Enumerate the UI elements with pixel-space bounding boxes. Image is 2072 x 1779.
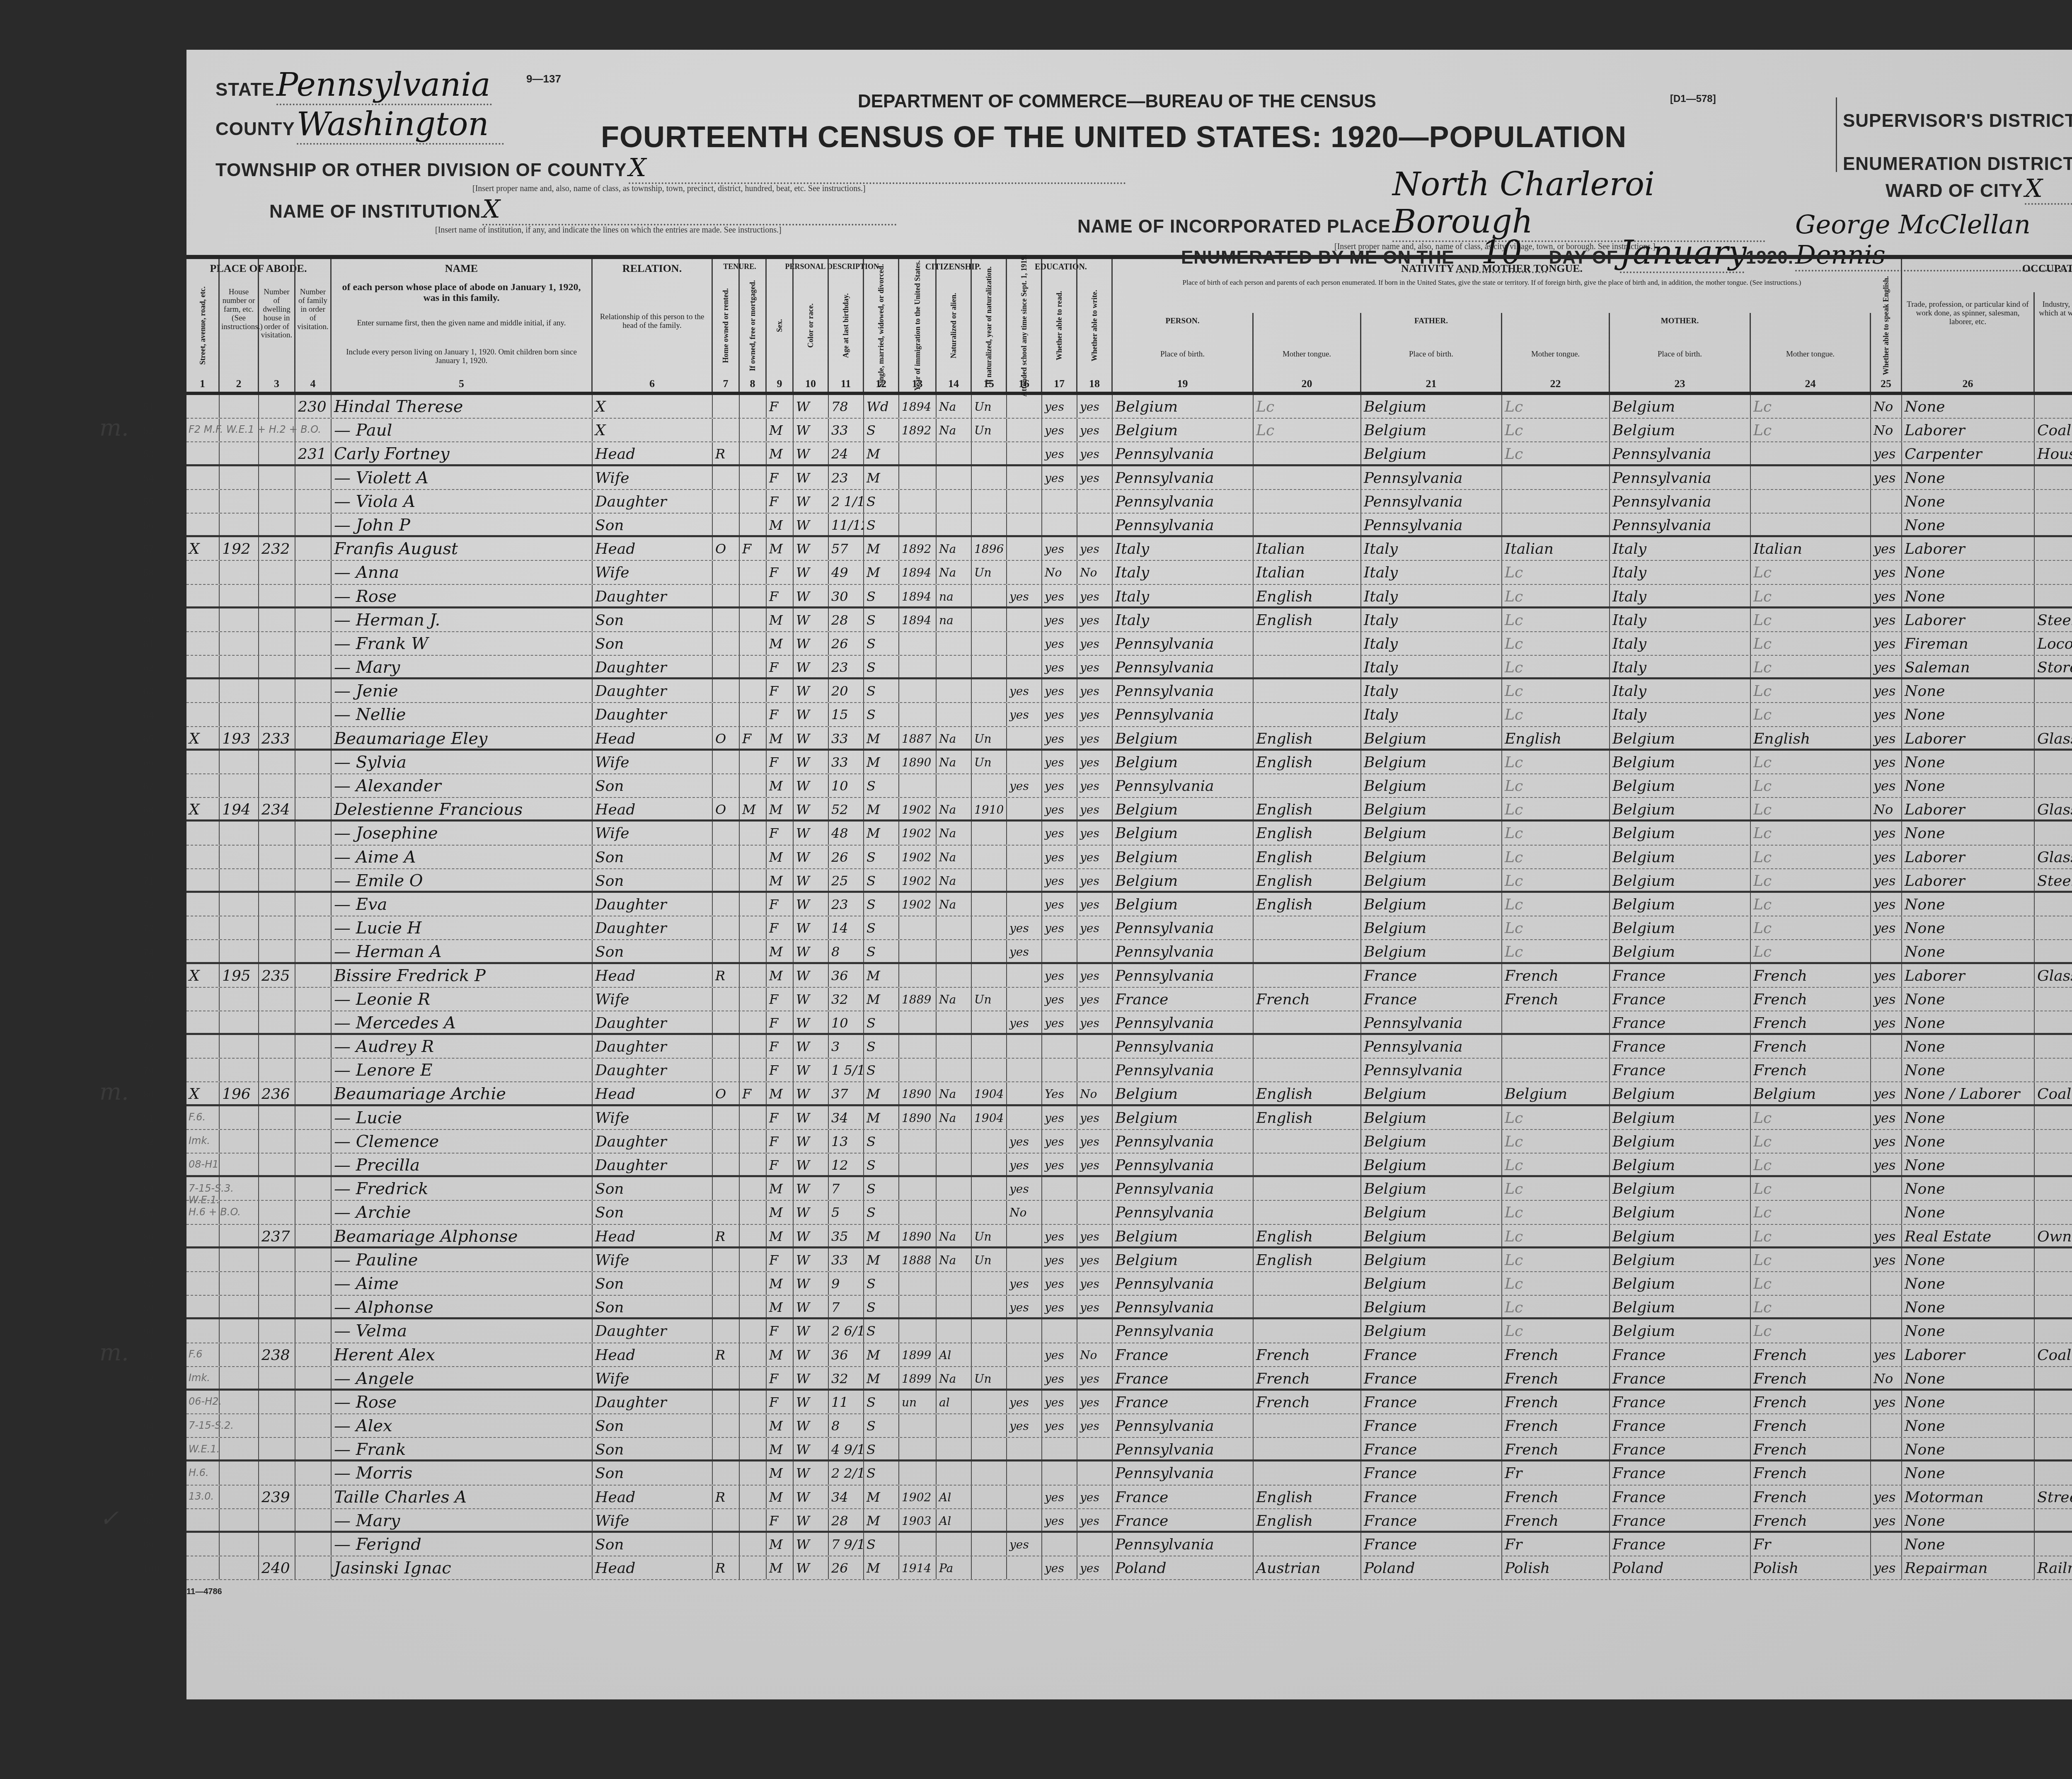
cell-read: yes	[1042, 893, 1077, 916]
cell-family	[295, 1391, 332, 1413]
cell-owned	[740, 419, 767, 441]
cell-read: yes	[1042, 1391, 1077, 1413]
cell-home	[713, 869, 740, 891]
cell-natyear	[972, 774, 1007, 797]
cell-immig: un	[899, 1391, 937, 1413]
cell-mtongue	[1751, 442, 1871, 464]
cell-mpob: France	[1610, 1461, 1751, 1484]
cell-write: yes	[1077, 1130, 1113, 1153]
cell-pob: Belgium	[1113, 751, 1254, 773]
cell-immig: 1890	[899, 1225, 937, 1246]
cell-home: O	[713, 727, 740, 749]
cell-industry: Steel Mill	[2035, 608, 2072, 631]
cell-industry	[2035, 585, 2072, 606]
cell-pob: Belgium	[1113, 822, 1254, 844]
cell-nat	[937, 1035, 972, 1058]
cell-age: 4 9/12	[829, 1438, 864, 1459]
cell-family	[295, 1201, 332, 1224]
cell-owned	[740, 442, 767, 464]
cell-nat	[937, 1059, 972, 1081]
cell-sex: M	[767, 514, 794, 535]
cell-house	[220, 1556, 259, 1579]
cell-school	[1007, 822, 1042, 844]
line-number-left: 63	[143, 686, 154, 698]
name-include: Include every person living on January 1…	[333, 348, 590, 366]
cell-relation: Daughter	[593, 703, 713, 726]
cell-pob: France	[1113, 1367, 1254, 1389]
cell-tongue	[1254, 1533, 1361, 1556]
cell-ftongue: Lc	[1502, 561, 1610, 584]
cell-mpob: France	[1610, 1438, 1751, 1459]
cell-owned	[740, 1509, 767, 1531]
cell-street	[186, 751, 220, 773]
cell-home	[713, 466, 740, 489]
cell-dwelling	[259, 988, 295, 1011]
cell-house	[220, 466, 259, 489]
cell-age: 28	[829, 608, 864, 631]
cell-industry: Glass House	[2035, 727, 2072, 749]
enumerator-margin-code: 06-H2.	[189, 1396, 222, 1407]
cell-school	[1007, 1509, 1042, 1531]
cell-home	[713, 774, 740, 797]
cell-street	[186, 585, 220, 606]
cell-natyear	[972, 1272, 1007, 1295]
cell-natyear	[972, 490, 1007, 513]
cell-tongue	[1254, 1011, 1361, 1033]
cell-trade: None	[1902, 1391, 2035, 1413]
cell-mpob: Belgium	[1610, 798, 1751, 819]
cell-family	[295, 1414, 332, 1437]
cell-family	[295, 916, 332, 939]
cell-write	[1077, 1035, 1113, 1058]
cell-owned	[740, 774, 767, 797]
cell-natyear	[972, 1486, 1007, 1508]
enumerator-margin-code: 08-H1	[189, 1159, 219, 1170]
cell-marital: S	[864, 1438, 899, 1459]
cell-immig: 1899	[899, 1343, 937, 1366]
cell-industry	[2035, 916, 2072, 939]
cell-relation: Son	[593, 632, 713, 655]
cell-fpob: France	[1361, 1461, 1502, 1484]
cell-tongue	[1254, 1272, 1361, 1295]
cell-immig	[899, 466, 937, 489]
cell-house	[220, 514, 259, 535]
cell-nat	[937, 1154, 972, 1175]
cell-industry	[2035, 1130, 2072, 1153]
cell-ftongue: Lc	[1502, 442, 1610, 464]
table-row: — AngeleWifeFW32M1899NaUnyesyesFranceFre…	[186, 1367, 2072, 1391]
cell-english: yes	[1871, 1225, 1902, 1246]
cell-color: W	[794, 893, 829, 916]
cell-family	[295, 1367, 332, 1389]
cell-trade: Laborer	[1902, 798, 2035, 819]
cell-school	[1007, 656, 1042, 677]
cell-read: yes	[1042, 419, 1077, 441]
cell-ftongue: Lc	[1502, 751, 1610, 773]
cell-age: 5	[829, 1201, 864, 1224]
cell-age: 35	[829, 1225, 864, 1246]
cell-relation: Son	[593, 1201, 713, 1224]
cell-mtongue: Lc	[1751, 1130, 1871, 1153]
cell-natyear	[972, 1011, 1007, 1033]
cell-home: R	[713, 1486, 740, 1508]
cell-immig	[899, 940, 937, 962]
table-row: 230Hindal ThereseXFW78Wd1894NaUnyesyesBe…	[186, 395, 2072, 419]
cell-english: yes	[1871, 1391, 1902, 1413]
cell-street	[186, 561, 220, 584]
table-row: — Leonie RWifeFW32M1889NaUnyesyesFranceF…	[186, 988, 2072, 1011]
cell-ftongue: French	[1502, 1509, 1610, 1531]
cell-nat: Al	[937, 1343, 972, 1366]
cell-english: yes	[1871, 822, 1902, 844]
cell-age: 7	[829, 1177, 864, 1200]
cell-fpob: Pennsylvania	[1361, 1059, 1502, 1081]
cell-marital: M	[864, 1343, 899, 1366]
cell-name: Delestienne Francious	[332, 798, 593, 819]
cell-school	[1007, 561, 1042, 584]
cell-sex: M	[767, 727, 794, 749]
cell-relation: Head	[593, 964, 713, 987]
cell-read: yes	[1042, 537, 1077, 560]
cell-mpob: Belgium	[1610, 1296, 1751, 1317]
cell-write	[1077, 1319, 1113, 1342]
cell-trade: None	[1902, 679, 2035, 702]
line-number-left: 75	[143, 971, 154, 982]
cell-natyear	[972, 964, 1007, 987]
cell-ftongue: Lc	[1502, 916, 1610, 939]
cell-owned	[740, 964, 767, 987]
cell-name: — Mercedes A	[332, 1011, 593, 1033]
col-1: Street, avenue, road, etc. 1	[186, 259, 220, 392]
cell-mpob: France	[1610, 1035, 1751, 1058]
cell-dwelling	[259, 1035, 295, 1058]
enumerator-margin-code: W.E.1.	[189, 1443, 220, 1455]
table-row: — AimeSonMW9SyesyesyesPennsylvaniaBelgiu…	[186, 1272, 2072, 1296]
cell-marital: S	[864, 585, 899, 606]
col-number: 5	[332, 378, 591, 390]
cell-mtongue: French	[1751, 1391, 1871, 1413]
cell-fpob: Pennsylvania	[1361, 490, 1502, 513]
cell-trade: None	[1902, 490, 2035, 513]
cell-color: W	[794, 1296, 829, 1317]
cell-trade: Laborer	[1902, 419, 2035, 441]
cell-pob: Pennsylvania	[1113, 466, 1254, 489]
cell-mtongue: French	[1751, 1486, 1871, 1508]
cell-english: yes	[1871, 869, 1902, 891]
cell-natyear	[972, 1509, 1007, 1531]
cell-owned: F	[740, 537, 767, 560]
cell-relation: Daughter	[593, 490, 713, 513]
cell-owned	[740, 514, 767, 535]
cell-home	[713, 679, 740, 702]
cell-name: — Jenie	[332, 679, 593, 702]
cell-family	[295, 1556, 332, 1579]
cell-fpob: Pennsylvania	[1361, 466, 1502, 489]
cell-nat: Na	[937, 751, 972, 773]
cell-pob: Pennsylvania	[1113, 1059, 1254, 1081]
cell-tongue: English	[1254, 727, 1361, 749]
cell-sex: F	[767, 395, 794, 418]
cell-english	[1871, 1201, 1902, 1224]
cell-age: 26	[829, 632, 864, 655]
cell-english: yes	[1871, 774, 1902, 797]
cell-home	[713, 1438, 740, 1459]
cell-home	[713, 1177, 740, 1200]
name-instr: Enter surname first, then the given name…	[333, 319, 590, 328]
cell-ftongue	[1502, 514, 1610, 535]
cell-color: W	[794, 964, 829, 987]
cell-immig	[899, 1059, 937, 1081]
cell-sex: M	[767, 798, 794, 819]
cell-write: yes	[1077, 751, 1113, 773]
cell-industry	[2035, 1106, 2072, 1129]
cell-industry	[2035, 490, 2072, 513]
cell-marital: S	[864, 1059, 899, 1081]
mother-label: MOTHER.	[1612, 317, 1748, 326]
cell-pob: Belgium	[1113, 419, 1254, 441]
cell-english: yes	[1871, 466, 1902, 489]
cell-name: Hindal Therese	[332, 395, 593, 418]
cell-school: yes	[1007, 1414, 1042, 1437]
cell-marital: S	[864, 1177, 899, 1200]
cell-owned	[740, 1533, 767, 1556]
cell-mtongue: Lc	[1751, 1319, 1871, 1342]
cell-fpob: Belgium	[1361, 1296, 1502, 1317]
col-1-label: Street, avenue, road, etc.	[198, 286, 207, 365]
cell-house: 192	[220, 537, 259, 560]
cell-natyear	[972, 822, 1007, 844]
cell-mtongue: Lc	[1751, 751, 1871, 773]
cell-ftongue: Lc	[1502, 1272, 1610, 1295]
cell-mpob: France	[1610, 1533, 1751, 1556]
cell-mpob: Belgium	[1610, 1154, 1751, 1175]
cell-color: W	[794, 679, 829, 702]
cell-pob: France	[1113, 1391, 1254, 1413]
cell-home	[713, 1130, 740, 1153]
cell-street	[186, 1272, 220, 1295]
cell-nat	[937, 632, 972, 655]
cell-relation: Daughter	[593, 1391, 713, 1413]
cell-house	[220, 1248, 259, 1271]
col-number: 13	[899, 378, 935, 390]
cell-ftongue: French	[1502, 1391, 1610, 1413]
col-16: EDUCATION. Attended school any time sinc…	[1007, 259, 1042, 392]
cell-english: yes	[1871, 561, 1902, 584]
cell-relation: Daughter	[593, 1011, 713, 1033]
cell-pob: Pennsylvania	[1113, 1319, 1254, 1342]
line-number-left: 55	[143, 497, 154, 508]
cell-mpob: Belgium	[1610, 727, 1751, 749]
table-row: — AlexSonMW8SyesyesyesPennsylvaniaFrance…	[186, 1414, 2072, 1438]
col-number: 3	[259, 378, 294, 390]
table-row: — Emile OSonMW25S1902NayesyesBelgiumEngl…	[186, 869, 2072, 893]
enumerator-margin-code: 7-15-S.3.	[189, 1183, 234, 1194]
cell-mtongue: Lc	[1751, 632, 1871, 655]
cell-owned	[740, 1154, 767, 1175]
cell-tongue	[1254, 1461, 1361, 1484]
cell-read: yes	[1042, 964, 1077, 987]
cell-family	[295, 988, 332, 1011]
cell-english: yes	[1871, 1106, 1902, 1129]
institution-value: X	[482, 195, 897, 225]
cell-natyear	[972, 466, 1007, 489]
cell-sex: M	[767, 419, 794, 441]
cell-industry	[2035, 893, 2072, 916]
cell-sex: M	[767, 1438, 794, 1459]
cell-school	[1007, 537, 1042, 560]
cell-write: yes	[1077, 916, 1113, 939]
cell-name: Jasinski Ignac	[332, 1556, 593, 1579]
cell-write: yes	[1077, 1296, 1113, 1317]
cell-fpob: Belgium	[1361, 893, 1502, 916]
cell-street	[186, 514, 220, 535]
cell-age: 2 2/12	[829, 1461, 864, 1484]
cell-tongue	[1254, 940, 1361, 962]
cell-industry	[2035, 1248, 2072, 1271]
cell-english: yes	[1871, 703, 1902, 726]
cell-mtongue: Lc	[1751, 822, 1871, 844]
cell-read	[1042, 1177, 1077, 1200]
col-number: 1	[186, 378, 218, 390]
cell-natyear	[972, 916, 1007, 939]
cell-trade: Laborer	[1902, 608, 2035, 631]
cell-marital: M	[864, 964, 899, 987]
cell-read: yes	[1042, 442, 1077, 464]
cell-nat: Na	[937, 822, 972, 844]
cell-english: yes	[1871, 1509, 1902, 1531]
cell-nat	[937, 703, 972, 726]
cell-street	[186, 869, 220, 891]
cell-natyear	[972, 940, 1007, 962]
cell-dwelling	[259, 1533, 295, 1556]
cell-name: — Rose	[332, 585, 593, 606]
cell-nat: Na	[937, 869, 972, 891]
cell-english: yes	[1871, 1248, 1902, 1271]
cell-home	[713, 585, 740, 606]
cell-natyear: Un	[972, 988, 1007, 1011]
cell-mtongue: Lc	[1751, 608, 1871, 631]
cell-street	[186, 893, 220, 916]
cell-family	[295, 1011, 332, 1033]
cell-owned	[740, 1059, 767, 1081]
line-number-left: 65	[143, 734, 154, 745]
cell-industry	[2035, 1154, 2072, 1175]
nativity-desc: Place of birth of each person and parent…	[1114, 279, 1869, 287]
cell-industry: Railroad	[2035, 1556, 2072, 1579]
cell-school	[1007, 395, 1042, 418]
cell-ftongue: Lc	[1502, 869, 1610, 891]
cell-mtongue: Lc	[1751, 419, 1871, 441]
col-13-label: Year of immigration to the United States…	[913, 260, 922, 391]
cell-industry	[2035, 1414, 2072, 1437]
cell-family	[295, 466, 332, 489]
cell-home	[713, 1059, 740, 1081]
cell-fpob: Italy	[1361, 656, 1502, 677]
cell-write: yes	[1077, 537, 1113, 560]
cell-name: Beaumariage Eley	[332, 727, 593, 749]
cell-nat: al	[937, 1391, 972, 1413]
cell-sex: F	[767, 1059, 794, 1081]
cell-house: 193	[220, 727, 259, 749]
cell-dwelling	[259, 774, 295, 797]
cell-family	[295, 1082, 332, 1104]
cell-trade: None	[1902, 561, 2035, 584]
institution-field: NAME OF INSTITUTION X [Insert name of in…	[269, 195, 897, 235]
cell-house	[220, 893, 259, 916]
table-row: — Herman J.SonMW28S1894nayesyesItalyEngl…	[186, 608, 2072, 632]
cell-tongue: Lc	[1254, 419, 1361, 441]
cell-immig	[899, 442, 937, 464]
cell-fpob: Belgium	[1361, 1154, 1502, 1175]
cell-mtongue: Italian	[1751, 537, 1871, 560]
cell-color: W	[794, 940, 829, 962]
pob-label: Place of birth.	[1612, 350, 1748, 359]
cell-age: 15	[829, 703, 864, 726]
cell-natyear	[972, 1438, 1007, 1459]
cell-relation: Head	[593, 1486, 713, 1508]
cell-age: 33	[829, 1248, 864, 1271]
cell-nat: Na	[937, 561, 972, 584]
cell-nat: Na	[937, 1367, 972, 1389]
col-17-label: Whether able to read.	[1055, 291, 1064, 360]
cell-immig	[899, 1461, 937, 1484]
cell-write: yes	[1077, 395, 1113, 418]
cell-industry	[2035, 703, 2072, 726]
cell-nat	[937, 940, 972, 962]
cell-pob: Italy	[1113, 608, 1254, 631]
cell-ftongue: Lc	[1502, 632, 1610, 655]
cell-english	[1871, 1177, 1902, 1200]
cell-family	[295, 1248, 332, 1271]
cell-mtongue: French	[1751, 1035, 1871, 1058]
cell-home	[713, 988, 740, 1011]
cell-marital: M	[864, 1367, 899, 1389]
cell-name: — Josephine	[332, 822, 593, 844]
cell-read	[1042, 1201, 1077, 1224]
cell-pob: Pennsylvania	[1113, 1011, 1254, 1033]
cell-relation: Son	[593, 1414, 713, 1437]
cell-trade: None	[1902, 1461, 2035, 1484]
cell-tongue	[1254, 632, 1361, 655]
cell-color: W	[794, 751, 829, 773]
cell-dwelling	[259, 1509, 295, 1531]
cell-street: X	[186, 727, 220, 749]
cell-color: W	[794, 1509, 829, 1531]
cell-tongue: Lc	[1254, 395, 1361, 418]
cell-industry	[2035, 561, 2072, 584]
cell-fpob: France	[1361, 1367, 1502, 1389]
cell-pob: Pennsylvania	[1113, 632, 1254, 655]
cell-ftongue: Lc	[1502, 1130, 1610, 1153]
cell-trade: Repairman	[1902, 1556, 2035, 1579]
cell-nat	[937, 466, 972, 489]
cell-nat: Na	[937, 395, 972, 418]
cell-trade: None	[1902, 1059, 2035, 1081]
cell-read: yes	[1042, 727, 1077, 749]
cell-mpob: Belgium	[1610, 1177, 1751, 1200]
cell-family	[295, 1225, 332, 1246]
cell-tongue	[1254, 679, 1361, 702]
cell-school: yes	[1007, 703, 1042, 726]
cell-english: No	[1871, 419, 1902, 441]
cell-pob: Pennsylvania	[1113, 1130, 1254, 1153]
cell-dwelling	[259, 1248, 295, 1271]
cell-family	[295, 490, 332, 513]
cell-tongue	[1254, 1296, 1361, 1317]
cell-ftongue: Lc	[1502, 656, 1610, 677]
cell-family	[295, 1130, 332, 1153]
cell-tongue: English	[1254, 1248, 1361, 1271]
